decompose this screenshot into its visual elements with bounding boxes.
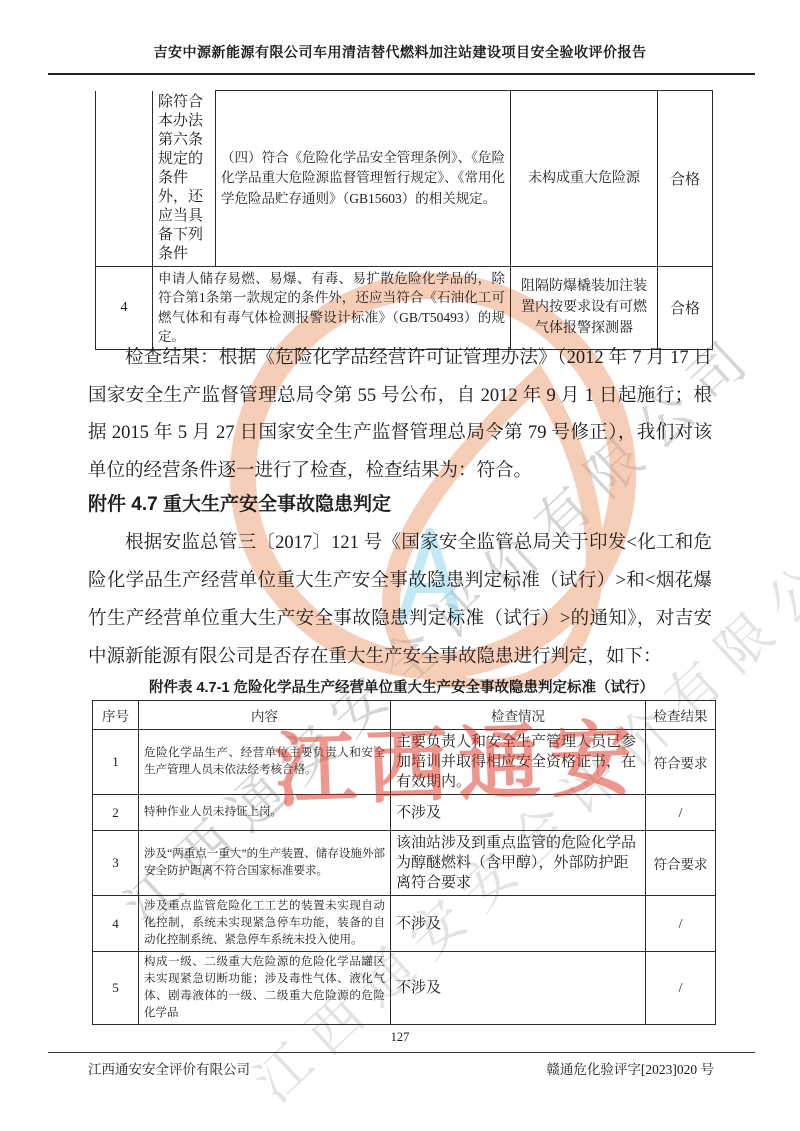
table-cell-situation: 该油站涉及到重点监管的危险化学品为醇醚燃料（含甲醇），外部防护距离符合要求 [391,831,646,896]
column-header-result: 检查结果 [646,701,716,730]
table-row: 4 申请人储存易燃、易爆、有毒、易扩散危险化学品的，除符合第1条第一款规定的条件… [96,266,713,349]
page-number: 127 [0,1030,800,1045]
table-cell-content: 危险化学品生产、经营单位主要负责人和安全生产管理人员未依法经考核合格。 [139,730,391,795]
table-row: 3 涉及“两重点一重大”的生产装置、储存设施外部安全防护距离不符合国家标准要求。… [93,831,716,896]
table-cell-seq: 1 [93,730,139,795]
table-cell-result: 合格 [658,91,713,267]
table-cell-situation: 未构成重大危险源 [511,91,658,267]
table-cell-seq: 5 [93,952,139,1025]
document-page: 江西通安安全评价有限公司 江西通安安全评价有限公司 江西通安 吉安中源新能源有限… [0,0,800,1131]
column-header-seq: 序号 [93,701,139,730]
table-cell-situation: 不涉及 [391,795,646,831]
table-cell-content: 涉及“两重点一重大”的生产装置、储存设施外部安全防护距离不符合国家标准要求。 [139,831,391,896]
table-cell-seq [96,91,153,267]
judgment-table: 序号 内容 检查情况 检查结果 1 危险化学品生产、经营单位主要负责人和安全生产… [92,700,716,1025]
section-heading: 附件 4.7 重大生产安全事故隐患判定 [88,489,391,516]
table-header-row: 序号 内容 检查情况 检查结果 [93,701,716,730]
table-cell-seq: 4 [93,896,139,952]
column-header-situation: 检查情况 [391,701,646,730]
table-row: 除符合本办法第六条规定的条件外，还应当具备下列条件 （四）符合《危险化学品安全管… [96,91,713,267]
table-cell-content: 申请人储存易燃、易爆、有毒、易扩散危险化学品的，除符合第1条第一款规定的条件外，… [153,266,511,349]
table-cell-result: / [646,952,716,1025]
table-cell-seq: 2 [93,795,139,831]
table-cell-content: （四）符合《危险化学品安全管理条例》、《危险化学品重大危险源监督管理暂行规定》、… [216,91,511,267]
table-caption: 附件表 4.7-1 危险化学品生产经营单位重大生产安全事故隐患判定标准（试行） [48,676,755,697]
table-cell-result: 符合要求 [646,730,716,795]
column-header-content: 内容 [139,701,391,730]
table-row: 5 构成一级、二级重大危险源的危险化学品罐区未实现紧急切断功能；涉及毒性气体、液… [93,952,716,1025]
check-result-paragraph: 检查结果：根据《危险化学品经营许可证管理办法》（2012 年 7 月 17 日国… [88,340,712,492]
table-cell-content: 涉及重点监管危险化工工艺的装置未实现自动化控制，系统未实现紧急停车功能，装备的自… [139,896,391,952]
table-cell-situation: 不涉及 [391,952,646,1025]
table-cell-content: 特种作业人员未持证上岗。 [139,795,391,831]
section-paragraph: 根据安监总管三〔2017〕121 号《国家安全监管总局关于印发<化工和危险化学品… [88,524,712,678]
table-row: 4 涉及重点监管危险化工工艺的装置未实现自动化控制，系统未实现紧急停车功能，装备… [93,896,716,952]
table-cell-result: / [646,795,716,831]
footer-rule [48,1052,755,1053]
table-cell-result: 合格 [658,266,713,349]
footer-company-name: 江西通安安全评价有限公司 [88,1058,250,1078]
table-cell-seq: 4 [96,266,153,349]
table-row: 2 特种作业人员未持证上岗。 不涉及 / [93,795,716,831]
header-rule [48,73,755,75]
table-cell-result: 符合要求 [646,831,716,896]
table-row: 1 危险化学品生产、经营单位主要负责人和安全生产管理人员未依法经考核合格。 主要… [93,730,716,795]
table-cell-situation: 阻隔防爆橇装加注装置内按要求设有可燃气体报警探测器 [511,266,658,349]
footer: 江西通安安全评价有限公司 赣通危化验评字[2023]020 号 [88,1058,714,1078]
page-content: 吉安中源新能源有限公司车用清洁替代燃料加注站建设项目安全验收评价报告 除符合本办… [0,0,800,1131]
continuation-table: 除符合本办法第六条规定的条件外，还应当具备下列条件 （四）符合《危险化学品安全管… [95,90,713,350]
table-cell-content: 构成一级、二级重大危险源的危险化学品罐区未实现紧急切断功能；涉及毒性气体、液化气… [139,952,391,1025]
table-cell-situation: 主要负责人和安全生产管理人员已参加培训并取得相应安全资格证书，在有效期内。 [391,730,646,795]
table-cell-situation: 不涉及 [391,896,646,952]
report-header-title: 吉安中源新能源有限公司车用清洁替代燃料加注站建设项目安全验收评价报告 [0,42,800,62]
footer-doc-number: 赣通危化验评字[2023]020 号 [546,1058,714,1078]
table-cell-condition: 除符合本办法第六条规定的条件外，还应当具备下列条件 [153,91,216,267]
table-cell-result: / [646,896,716,952]
table-cell-seq: 3 [93,831,139,896]
